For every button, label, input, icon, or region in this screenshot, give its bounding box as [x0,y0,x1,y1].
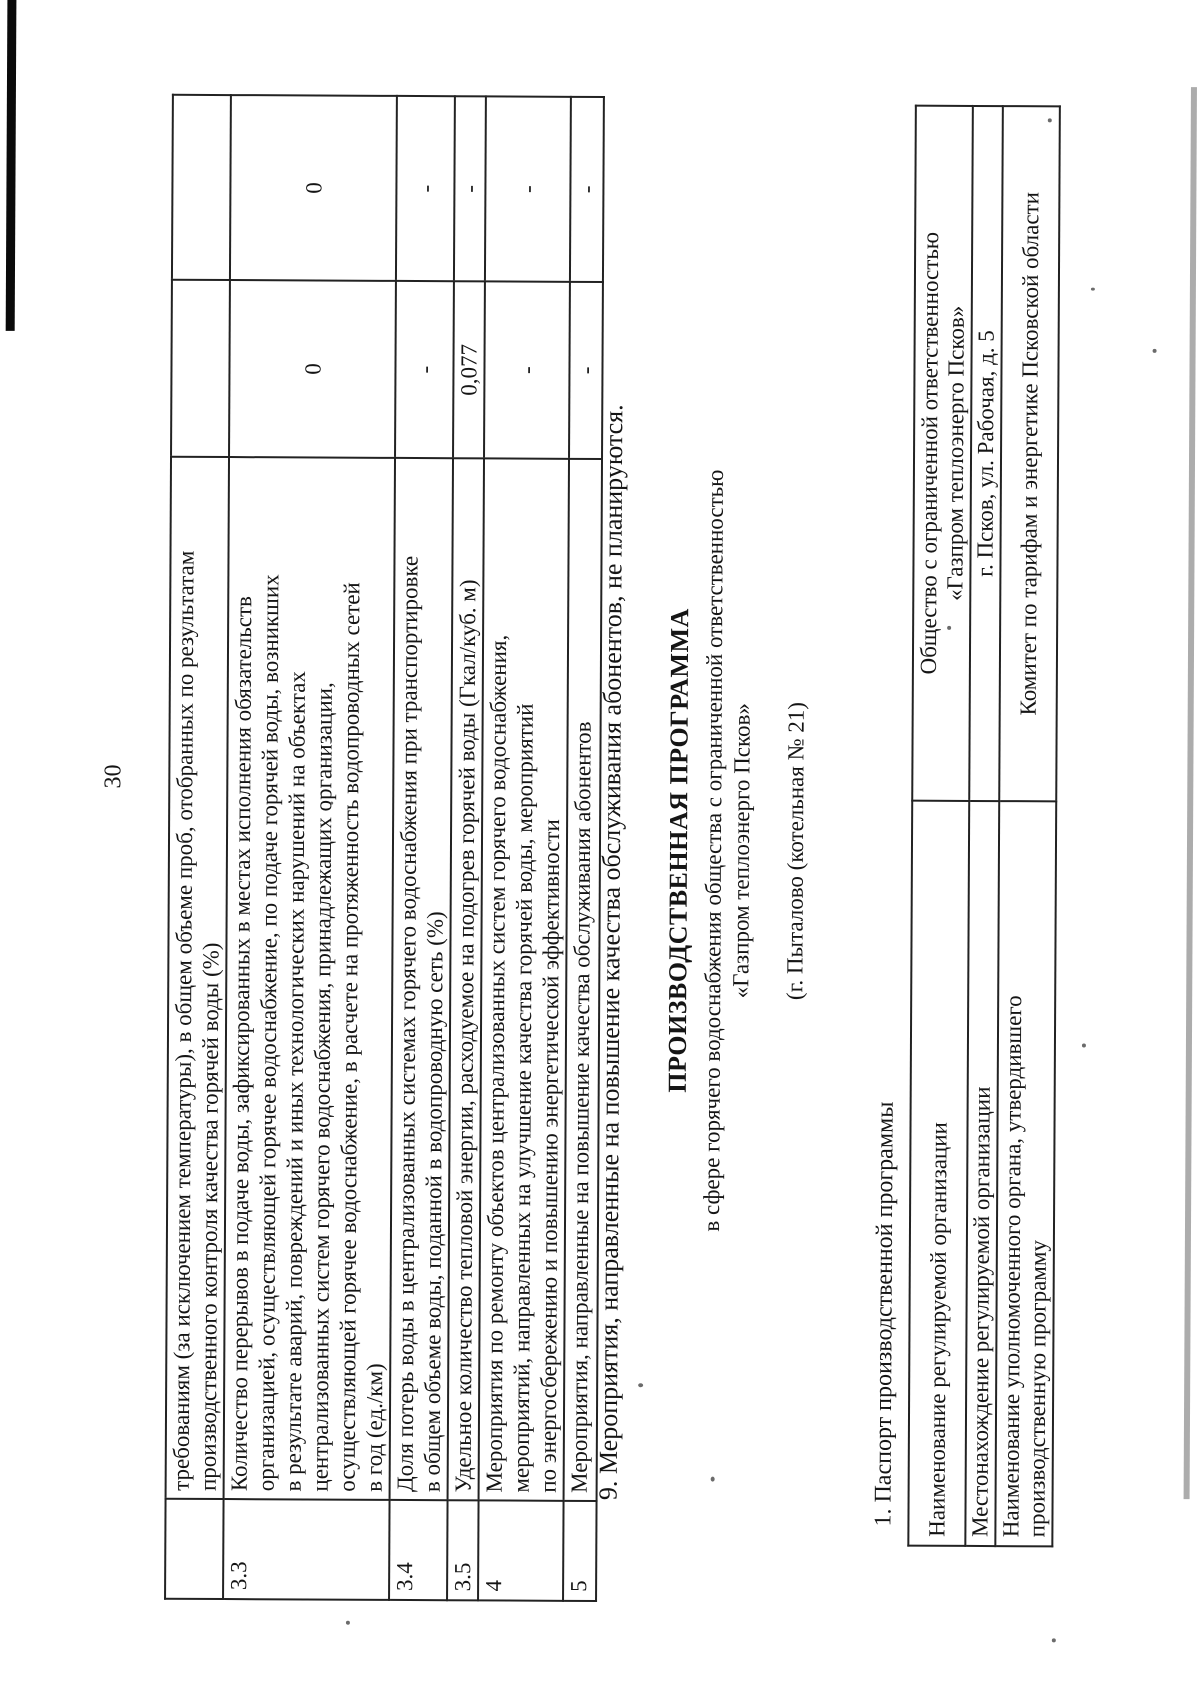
scanned-document: 30 требованиям (за исключением температу… [0,0,1200,1686]
row-value-col1: - [569,282,603,459]
row-value-col1: - [395,281,454,458]
passport-value: Общество с ограниченной ответственностью… [912,106,973,801]
row-value-col2 [172,95,231,280]
paragraph-9: 9. Мероприятия, направленные на повышени… [594,404,630,1500]
row-number: 3.3 [223,1499,390,1600]
page-number: 30 [100,741,127,811]
row-value-col2: - [396,96,455,281]
row-number [165,1499,224,1599]
metrics-row: 3.3Количество перерывов в подаче воды, з… [223,95,397,1600]
row-description: Мероприятия по ремонту объектов централи… [479,458,569,1500]
passport-label: Местонахождение регулируемой организации [965,801,999,1546]
document-title: ПРОИЗВОДСТВЕННАЯ ПРОГРАММА [660,98,698,1602]
row-value-col2: 0 [230,95,397,281]
passport-value: г. Псков, ул. Рабочая, д. 5 [969,106,1003,801]
scan-speck [711,1477,715,1482]
row-description: требованиям (за исключением температуры)… [166,457,229,1499]
row-value-col1: 0 [229,280,396,458]
row-number: 4 [478,1500,564,1600]
passport-label: Наименование регулируемой организации [908,801,969,1546]
metrics-row: 4Мероприятия по ремонту объектов централ… [478,96,571,1600]
passport-table: Наименование регулируемой организацииОбщ… [907,105,1061,1548]
scan-speck [330,802,333,805]
scan-tilt-layer: 30 требованиям (за исключением температу… [0,0,1200,1686]
row-description: Доля потерь воды в централизованных сист… [390,458,453,1500]
scan-speck [1153,349,1157,353]
organization-name-line: «Газпром теплоэнерго Псков» [725,99,759,1603]
document-sheet: 30 требованиям (за исключением температу… [0,0,1200,1686]
row-number: 3.5 [447,1500,479,1600]
row-value-col1 [171,280,230,457]
passport-row: Наименование уполномоченного органа, утв… [995,106,1060,1546]
row-description: Количество перерывов в подаче воды, зафи… [224,457,395,1500]
scan-speck [1052,1638,1056,1642]
location-line: (г. Пыталово (котельная № 21) [779,99,813,1603]
row-value-col1: - [484,281,570,458]
row-value-col2: - [570,97,604,282]
row-value-col2: - [454,96,486,281]
scan-edge-shadow [1184,87,1197,1499]
scan-speck [346,1621,350,1625]
metrics-row: 3.4Доля потерь воды в централизованных с… [389,96,455,1600]
passport-label: Наименование уполномоченного органа, утв… [995,801,1056,1546]
passport-row: Наименование регулируемой организацииОбщ… [908,106,973,1546]
scan-speck [638,1383,643,1387]
passport-value: Комитет по тарифам и энергетике Псковско… [999,106,1060,801]
scan-speck [1082,1044,1086,1048]
row-number: 5 [563,1501,597,1601]
metrics-table: требованиям (за исключением температуры)… [164,94,605,1602]
scan-speck [947,626,951,630]
scan-speck [1048,118,1052,122]
scan-edge-streak [6,0,17,331]
passport-section-heading: 1. Паспорт производственной программы [870,1102,899,1527]
row-value-col2: - [485,96,571,281]
row-number: 3.4 [389,1500,448,1600]
metrics-row: требованиям (за исключением температуры)… [165,95,231,1599]
scan-speck [1091,288,1095,291]
row-value-col1: 0,077 [453,281,485,458]
